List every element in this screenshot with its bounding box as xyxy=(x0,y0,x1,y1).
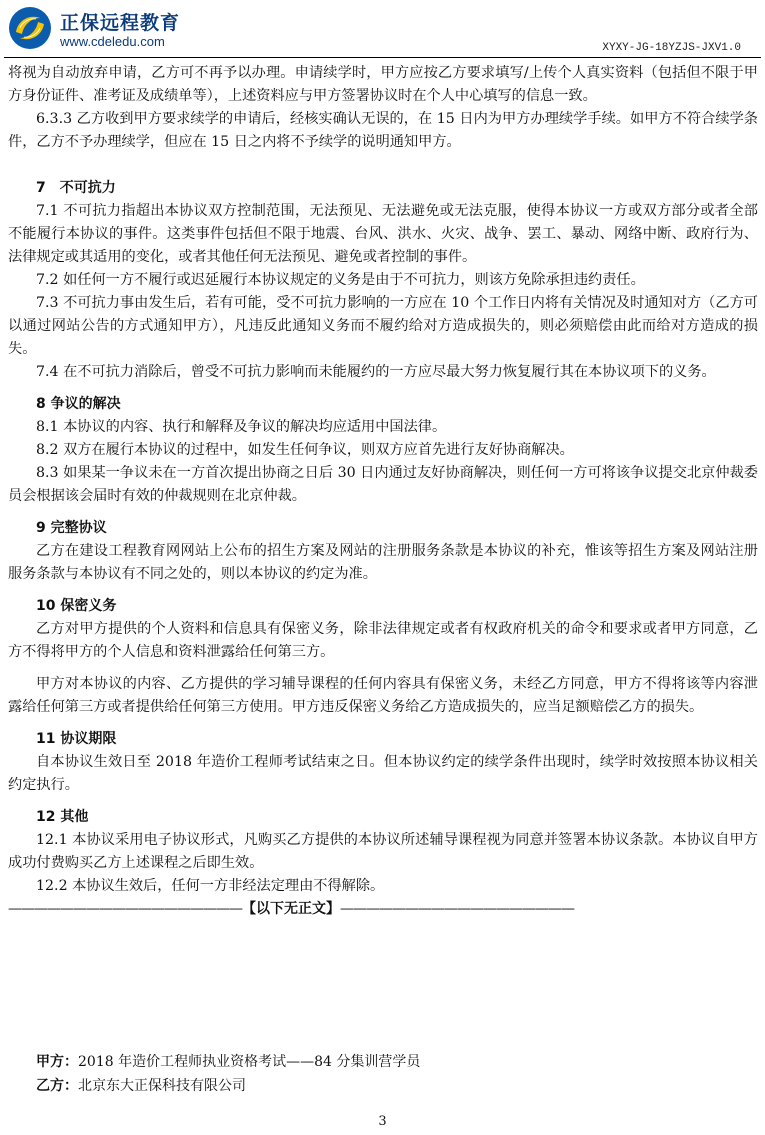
dash-rule-left: —————————————————— xyxy=(8,901,242,917)
end-of-text-marker: ——————————————————【以下无正文】———————————————… xyxy=(8,898,758,921)
clause-11: 自本协议生效日至 2018 年造价工程师考试结束之日。但本协议约定的续学条件出现… xyxy=(8,751,758,797)
clause-10-a: 乙方对甲方提供的个人资料和信息具有保密义务，除非法律规定或者有权政府机关的命令和… xyxy=(8,618,758,664)
clause-6-3-3: 6.3.3 乙方收到甲方要求续学的申请后，经核实确认无误的，在 15 日内为甲方… xyxy=(8,108,758,154)
party-b-line: 乙方：北京东大正保科技有限公司 xyxy=(36,1074,420,1098)
signature-block: 甲方：2018 年造价工程师执业资格考试——84 分集训营学员 乙方：北京东大正… xyxy=(36,1050,420,1098)
document-code: XYXY-JG-18YZJS-JXV1.0 xyxy=(602,42,741,54)
clause-7-1: 7.1 不可抗力指超出本协议双方控制范围，无法预见、无法避免或无法克服，使得本协… xyxy=(8,200,758,269)
header-divider xyxy=(4,57,761,58)
end-marker-label: 【以下无正文】 xyxy=(242,901,340,917)
page-header: 正保远程教育 www.cdeledu.com XYXY-JG-18YZJS-JX… xyxy=(0,0,765,58)
dash-rule-right: —————————————————— xyxy=(340,901,574,917)
party-b-label: 乙方： xyxy=(36,1078,78,1094)
section-heading-9: 9 完整协议 xyxy=(8,517,758,540)
clause-8-1: 8.1 本协议的内容、执行和解释及争议的解决均应适用中国法律。 xyxy=(8,416,758,439)
page-number: 3 xyxy=(0,1114,765,1129)
clause-9: 乙方在建设工程教育网网站上公布的招生方案及网站的注册服务条款是本协议的补充，惟该… xyxy=(8,540,758,586)
cdel-logo-icon xyxy=(8,6,52,50)
document-body: 将视为自动放弃申请，乙方可不再予以办理。申请续学时，甲方应按乙方要求填写/上传个… xyxy=(8,62,758,921)
paragraph: 将视为自动放弃申请，乙方可不再予以办理。申请续学时，甲方应按乙方要求填写/上传个… xyxy=(8,62,758,108)
clause-7-4: 7.4 在不可抗力消除后，曾受不可抗力影响而未能履约的一方应尽最大努力恢复履行其… xyxy=(8,361,758,384)
section-heading-10: 10 保密义务 xyxy=(8,595,758,618)
brand-name: 正保远程教育 xyxy=(60,8,180,35)
brand-url: www.cdeledu.com xyxy=(60,34,165,49)
clause-12-1: 12.1 本协议采用电子协议形式，凡购买乙方提供的本协议所述辅导课程视为同意并签… xyxy=(8,829,758,875)
section-heading-7: 7 不可抗力 xyxy=(8,177,758,200)
section-heading-8: 8 争议的解决 xyxy=(8,393,758,416)
clause-8-3: 8.3 如果某一争议未在一方首次提出协商之日后 30 日内通过友好协商解决，则任… xyxy=(8,462,758,508)
clause-12-2: 12.2 本协议生效后，任何一方非经法定理由不得解除。 xyxy=(8,875,758,898)
party-a-line: 甲方：2018 年造价工程师执业资格考试——84 分集训营学员 xyxy=(36,1050,420,1074)
section-heading-12: 12 其他 xyxy=(8,806,758,829)
party-a-value: 2018 年造价工程师执业资格考试——84 分集训营学员 xyxy=(78,1054,420,1070)
clause-10-b: 甲方对本协议的内容、乙方提供的学习辅导课程的任何内容具有保密义务，未经乙方同意，… xyxy=(8,673,758,719)
clause-7-3: 7.3 不可抗力事由发生后，若有可能，受不可抗力影响的一方应在 10 个工作日内… xyxy=(8,292,758,361)
section-heading-11: 11 协议期限 xyxy=(8,728,758,751)
clause-8-2: 8.2 双方在履行本协议的过程中，如发生任何争议，则双方应首先进行友好协商解决。 xyxy=(8,439,758,462)
clause-7-2: 7.2 如任何一方不履行或迟延履行本协议规定的义务是由于不可抗力，则该方免除承担… xyxy=(8,269,758,292)
party-a-label: 甲方： xyxy=(36,1054,78,1070)
party-b-value: 北京东大正保科技有限公司 xyxy=(78,1078,246,1094)
